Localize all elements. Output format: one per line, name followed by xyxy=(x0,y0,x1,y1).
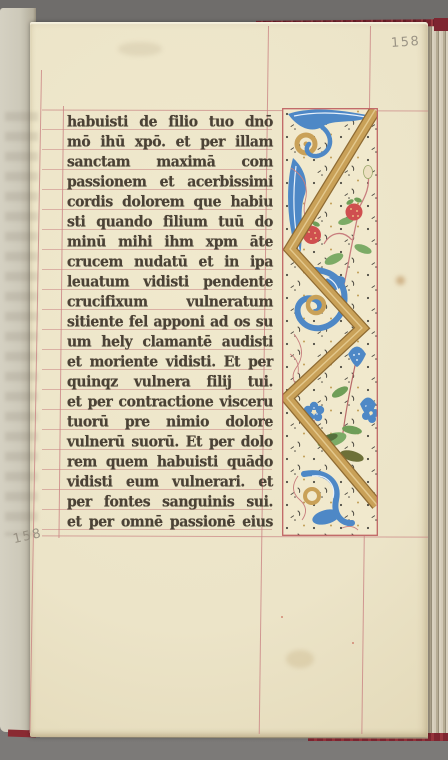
ink-fleck xyxy=(281,616,283,618)
ink-fleck xyxy=(352,642,354,644)
script-line-4: passionem et acerbissimi xyxy=(67,172,273,193)
folio-number-top: 158 xyxy=(391,34,421,51)
manuscript-photo: habuisti de filio tuo dnōmō ihū xpō. et … xyxy=(0,0,448,760)
script-line-16: tuorū pre nimio dolore xyxy=(67,412,273,433)
script-line-6: sti quando filium tuū do xyxy=(67,212,273,233)
script-line-17: vulnerū suorū. Et per dolo xyxy=(67,432,273,453)
stain xyxy=(286,650,314,668)
script-line-1: habuisti de filio tuo dnō xyxy=(67,112,273,133)
script-line-3: sanctam maximā com xyxy=(67,152,273,173)
script-line-19: vidisti eum vulnerari. et xyxy=(67,472,273,493)
script-line-14: quinqz vulnera filij tui. xyxy=(67,372,273,393)
stain xyxy=(396,276,405,285)
script-line-5: cordis dolorem que habiu xyxy=(67,192,273,213)
script-line-2: mō ihū xpō. et per illam xyxy=(67,132,273,153)
script-line-10: crucifixum vulneratum xyxy=(67,292,273,313)
latin-text-block: habuisti de filio tuo dnōmō ihū xpō. et … xyxy=(67,112,273,532)
binding-top-corner xyxy=(434,18,448,31)
script-line-7: minū mihi ihm xpm āte xyxy=(67,232,273,253)
script-line-15: et per contractione visceru xyxy=(67,392,273,413)
script-line-11: sitiente fel apponi ad os su xyxy=(67,312,273,333)
script-line-18: rem quem habuisti quādo xyxy=(67,452,273,473)
script-line-8: crucem nudatū et in ipa xyxy=(67,252,273,273)
script-line-13: et moriente vidisti. Et per xyxy=(67,352,273,373)
script-line-21: et per omnē passionē eius xyxy=(67,512,273,533)
illuminated-border-panel xyxy=(282,108,378,536)
script-line-9: leuatum vidisti pendente xyxy=(67,272,273,293)
script-line-20: per fontes sanguinis sui. xyxy=(67,492,273,513)
book-fore-edge xyxy=(427,24,448,736)
script-line-12: um hely clamantē audisti xyxy=(67,332,273,353)
stain xyxy=(118,42,162,56)
